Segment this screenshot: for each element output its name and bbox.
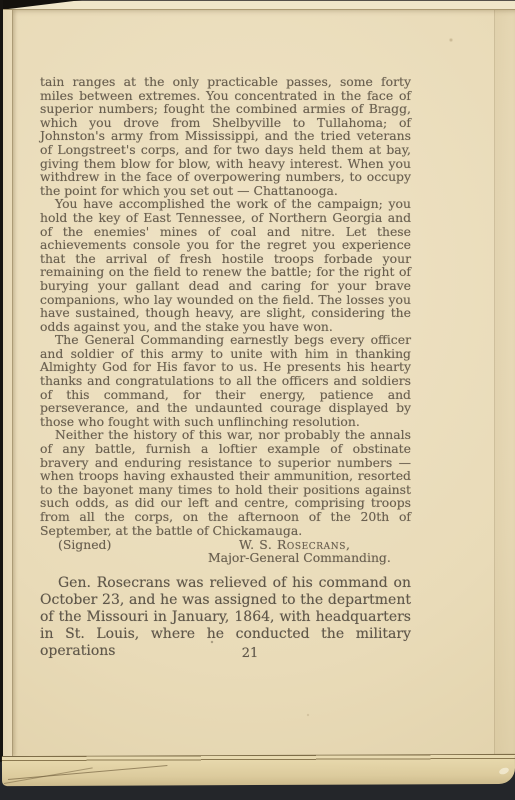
paragraph: Neither the history of this war, nor pro… [40, 428, 411, 537]
text-block: tain ranges at the only practicable pass… [40, 75, 411, 660]
paragraph: You have accomplished the work of the ca… [40, 197, 411, 333]
page-number: 21 [230, 646, 270, 661]
signed-label: (Signed) [58, 537, 111, 552]
book-page: tain ranges at the only practicable pass… [3, 9, 515, 756]
paragraph: The General Commanding earnestly begs ev… [40, 333, 411, 428]
signature-title: Major-General Commanding. [40, 551, 411, 565]
paragraph-continued: tain ranges at the only practicable pass… [40, 75, 411, 197]
left-page-edge-crease [3, 10, 13, 756]
right-page-edge-shading [495, 10, 515, 756]
book-scan: tain ranges at the only practicable pass… [0, 0, 515, 800]
signature-row: (Signed) W. S. Rosecrans, [40, 537, 411, 551]
closing-paragraph: Gen. Rosecrans was relieved of his comma… [40, 575, 411, 660]
signature-name: W. S. Rosecrans, [239, 537, 351, 552]
